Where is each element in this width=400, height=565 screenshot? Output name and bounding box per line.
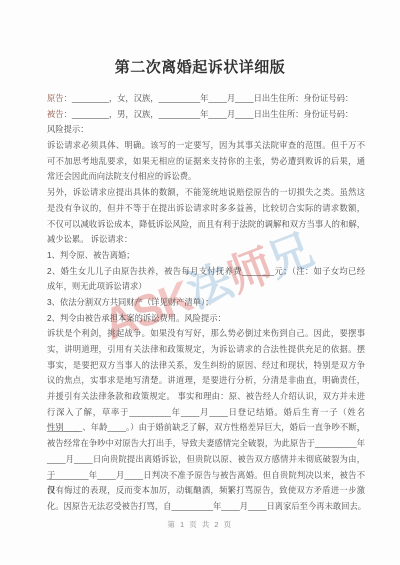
document-line: 成年，则无此项诉讼请求）	[47, 279, 365, 295]
document-line: ____月____日向贵院提出离婚诉讼，但贵院以原、被告双方感情并未彻底破裂为由…	[47, 452, 365, 468]
document-line: 行深入了解，草率于_________年____月____日登记结婚。婚后生育一子…	[47, 405, 365, 421]
document-line: 实，讲明道理，引用有关法律和政策规定，为诉讼请求的合法性提供充足的依据。摆	[47, 342, 365, 358]
party-label: 原告：	[47, 93, 72, 103]
document-line: 2、婚生女儿儿子由原告扶养，被告每月支付抚养费_______元；（注：如子女均已…	[47, 264, 365, 280]
document-line: 并援引有关法律条款和政策规定。 事实和理由：原、被告经人介绍认识，双方并未进	[47, 389, 365, 405]
page-number-footer: 第 1 页 共 2 页	[0, 519, 400, 530]
document-line: 议的焦点，实事求是地写清楚。讲道理，是要进行分析，分清是非曲直，明确责任，	[47, 373, 365, 389]
document-line: 是没有争议的，但并不等于在提出诉讼请求时多多益善，比较切合实际的请求数额，	[47, 201, 365, 217]
document-line: 诉讼请求必须具体、明确。该写的一定要写，因为其事关法院审查的范围。但千万不	[47, 138, 365, 154]
document-line: 原告：________，女，汉族，_________年____月____日出生住…	[47, 91, 365, 107]
document-line: 3、依法分割双方共同财产（详见财产清单）；	[47, 295, 365, 311]
document-line: 不仅可以减收诉讼成本，降低诉讼风险，而且有利于法院的调解和双方当事人的和解，	[47, 217, 365, 233]
document-line: 1、判令原、被告离婚；	[47, 248, 365, 264]
document-line: 被告经常在争吵中对原告大打出手，导致夫妻感情完全破裂，为此原告于________…	[47, 436, 365, 452]
document-line: 可不加思考地乱要求，如果无相应的证据来支持你的主张，势必遭到败诉的后果，通	[47, 154, 365, 170]
document-body: 原告：________，女，汉族，_________年____月____日出生住…	[47, 91, 365, 515]
party-label: 被告：	[47, 109, 72, 119]
document-line: 风险提示：	[47, 122, 365, 138]
document-line: 化。因原告无法忍受被告打骂，自_________年____月____日离家后至今…	[47, 499, 365, 515]
document-line: 性别____、年龄____。）由于婚前缺乏了解，双方性格差异巨大，婚后一直争吵不…	[47, 420, 365, 436]
document-line: 诉状是个利剑，挑起战争。如果没有写好，那么势必倒过来伤到自己。因此，要摆事	[47, 326, 365, 342]
document-line: _________年____月____日判决不准予原告与被告离婚。但自贵院判决以…	[47, 468, 365, 484]
document-line: 2、判令由被告承担本案的诉讼费用。风险提示：	[47, 311, 365, 327]
document-page: ASK法师兄 第二次离婚起诉状详细版 原告：________，女，汉族，____…	[0, 0, 400, 565]
document-line: 减少讼累。 诉讼请求：	[47, 232, 365, 248]
document-line: 被告：________，男，汉族，_________年____月____日出生住…	[47, 107, 365, 123]
document-line: 事实，是要把双方当事人的法律关系，发生纠纷的原因、经过和现状，特别是双方争	[47, 358, 365, 374]
document-line: 常还会因此而向法院支付相应的诉讼费。	[47, 169, 365, 185]
document-line: 没有悔过的表现，反而变本加厉，动辄酗酒，频繁打骂原告，致使双方矛盾进一步激	[47, 483, 365, 499]
document-line: 另外，诉讼请求应提出具体的数额，不能笼统地说赔偿原告的一切损失之类。虽然这	[47, 185, 365, 201]
document-title: 第二次离婚起诉状详细版	[0, 56, 400, 77]
